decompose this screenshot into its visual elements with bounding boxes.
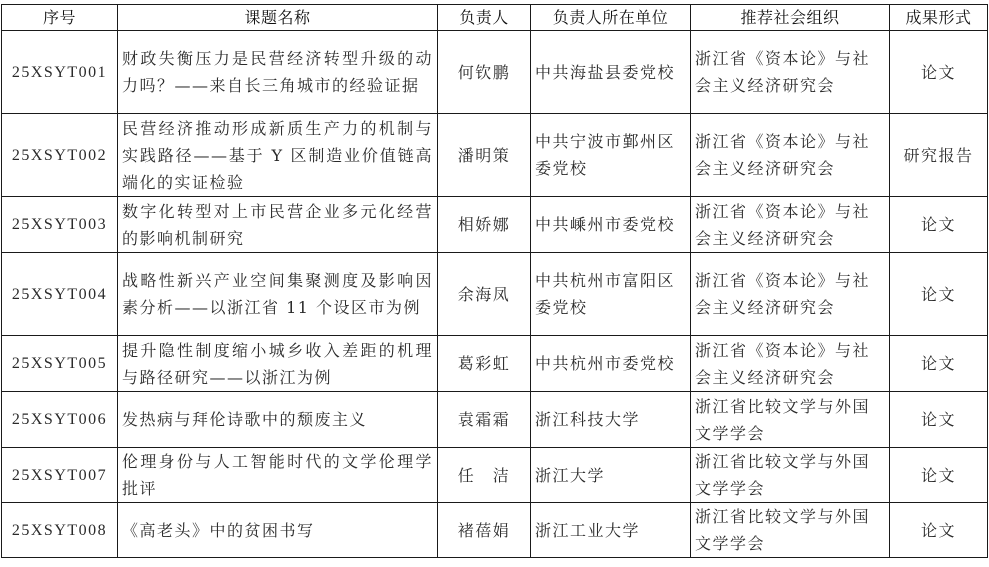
header-leader: 负责人: [438, 5, 531, 31]
project-list-table: 序号 课题名称 负责人 负责人所在单位 推荐社会组织 成果形式 25XSYT00…: [1, 4, 988, 558]
table-row: 25XSYT008 《高老头》中的贫困书写 褚蓓娟 浙江工业大学 浙江省比较文学…: [2, 503, 988, 558]
table-header-row: 序号 课题名称 负责人 负责人所在单位 推荐社会组织 成果形式: [2, 5, 988, 31]
cell-recommending-org: 浙江省《资本论》与社会主义经济研究会: [691, 197, 890, 253]
cell-serial-number: 25XSYT001: [2, 31, 118, 114]
cell-output-form: 论文: [890, 31, 988, 114]
header-leader-unit: 负责人所在单位: [531, 5, 691, 31]
cell-output-form: 研究报告: [890, 114, 988, 197]
cell-serial-number: 25XSYT003: [2, 197, 118, 253]
cell-leader-unit: 中共宁波市鄞州区委党校: [531, 114, 691, 197]
cell-serial-number: 25XSYT004: [2, 253, 118, 336]
cell-recommending-org: 浙江省比较文学与外国文学学会: [691, 392, 890, 448]
cell-leader: 褚蓓娟: [438, 503, 531, 558]
cell-leader: 何钦鹏: [438, 31, 531, 114]
table-row: 25XSYT002 民营经济推动形成新质生产力的机制与实践路径——基于 Y 区制…: [2, 114, 988, 197]
header-output-form: 成果形式: [890, 5, 988, 31]
cell-serial-number: 25XSYT008: [2, 503, 118, 558]
cell-serial-number: 25XSYT006: [2, 392, 118, 448]
cell-leader-unit: 中共海盐县委党校: [531, 31, 691, 114]
cell-leader-unit: 中共杭州市委党校: [531, 336, 691, 392]
cell-serial-number: 25XSYT002: [2, 114, 118, 197]
header-serial-number: 序号: [2, 5, 118, 31]
header-project-title: 课题名称: [118, 5, 438, 31]
cell-leader-unit: 中共嵊州市委党校: [531, 197, 691, 253]
table-row: 25XSYT005 提升隐性制度缩小城乡收入差距的机理与路径研究——以浙江为例 …: [2, 336, 988, 392]
cell-leader: 袁霜霜: [438, 392, 531, 448]
table-row: 25XSYT007 伦理身份与人工智能时代的文学伦理学批评 任 洁 浙江大学 浙…: [2, 448, 988, 503]
table-row: 25XSYT003 数字化转型对上市民营企业多元化经营的影响机制研究 相娇娜 中…: [2, 197, 988, 253]
cell-project-title: 伦理身份与人工智能时代的文学伦理学批评: [118, 448, 438, 503]
cell-output-form: 论文: [890, 392, 988, 448]
cell-project-title: 财政失衡压力是民营经济转型升级的动力吗？——来自长三角城市的经验证据: [118, 31, 438, 114]
cell-output-form: 论文: [890, 336, 988, 392]
cell-project-title: 民营经济推动形成新质生产力的机制与实践路径——基于 Y 区制造业价值链高端化的实…: [118, 114, 438, 197]
cell-leader-unit: 浙江工业大学: [531, 503, 691, 558]
table-row: 25XSYT001 财政失衡压力是民营经济转型升级的动力吗？——来自长三角城市的…: [2, 31, 988, 114]
cell-output-form: 论文: [890, 253, 988, 336]
cell-output-form: 论文: [890, 503, 988, 558]
cell-project-title: 数字化转型对上市民营企业多元化经营的影响机制研究: [118, 197, 438, 253]
table-row: 25XSYT004 战略性新兴产业空间集聚测度及影响因素分析——以浙江省 11 …: [2, 253, 988, 336]
cell-recommending-org: 浙江省《资本论》与社会主义经济研究会: [691, 114, 890, 197]
cell-project-title: 《高老头》中的贫困书写: [118, 503, 438, 558]
table-row: 25XSYT006 发热病与拜伦诗歌中的颓废主义 袁霜霜 浙江科技大学 浙江省比…: [2, 392, 988, 448]
cell-leader-unit: 中共杭州市富阳区委党校: [531, 253, 691, 336]
cell-serial-number: 25XSYT005: [2, 336, 118, 392]
cell-project-title: 发热病与拜伦诗歌中的颓废主义: [118, 392, 438, 448]
cell-leader: 相娇娜: [438, 197, 531, 253]
header-recommending-org: 推荐社会组织: [691, 5, 890, 31]
cell-output-form: 论文: [890, 197, 988, 253]
cell-project-title: 提升隐性制度缩小城乡收入差距的机理与路径研究——以浙江为例: [118, 336, 438, 392]
cell-project-title: 战略性新兴产业空间集聚测度及影响因素分析——以浙江省 11 个设区市为例: [118, 253, 438, 336]
cell-leader: 潘明策: [438, 114, 531, 197]
cell-leader: 余海凤: [438, 253, 531, 336]
cell-recommending-org: 浙江省《资本论》与社会主义经济研究会: [691, 336, 890, 392]
cell-leader-unit: 浙江科技大学: [531, 392, 691, 448]
cell-output-form: 论文: [890, 448, 988, 503]
cell-leader-unit: 浙江大学: [531, 448, 691, 503]
cell-recommending-org: 浙江省《资本论》与社会主义经济研究会: [691, 253, 890, 336]
cell-leader: 任 洁: [438, 448, 531, 503]
cell-recommending-org: 浙江省比较文学与外国文学学会: [691, 448, 890, 503]
cell-serial-number: 25XSYT007: [2, 448, 118, 503]
cell-recommending-org: 浙江省比较文学与外国文学学会: [691, 503, 890, 558]
cell-recommending-org: 浙江省《资本论》与社会主义经济研究会: [691, 31, 890, 114]
cell-leader: 葛彩虹: [438, 336, 531, 392]
